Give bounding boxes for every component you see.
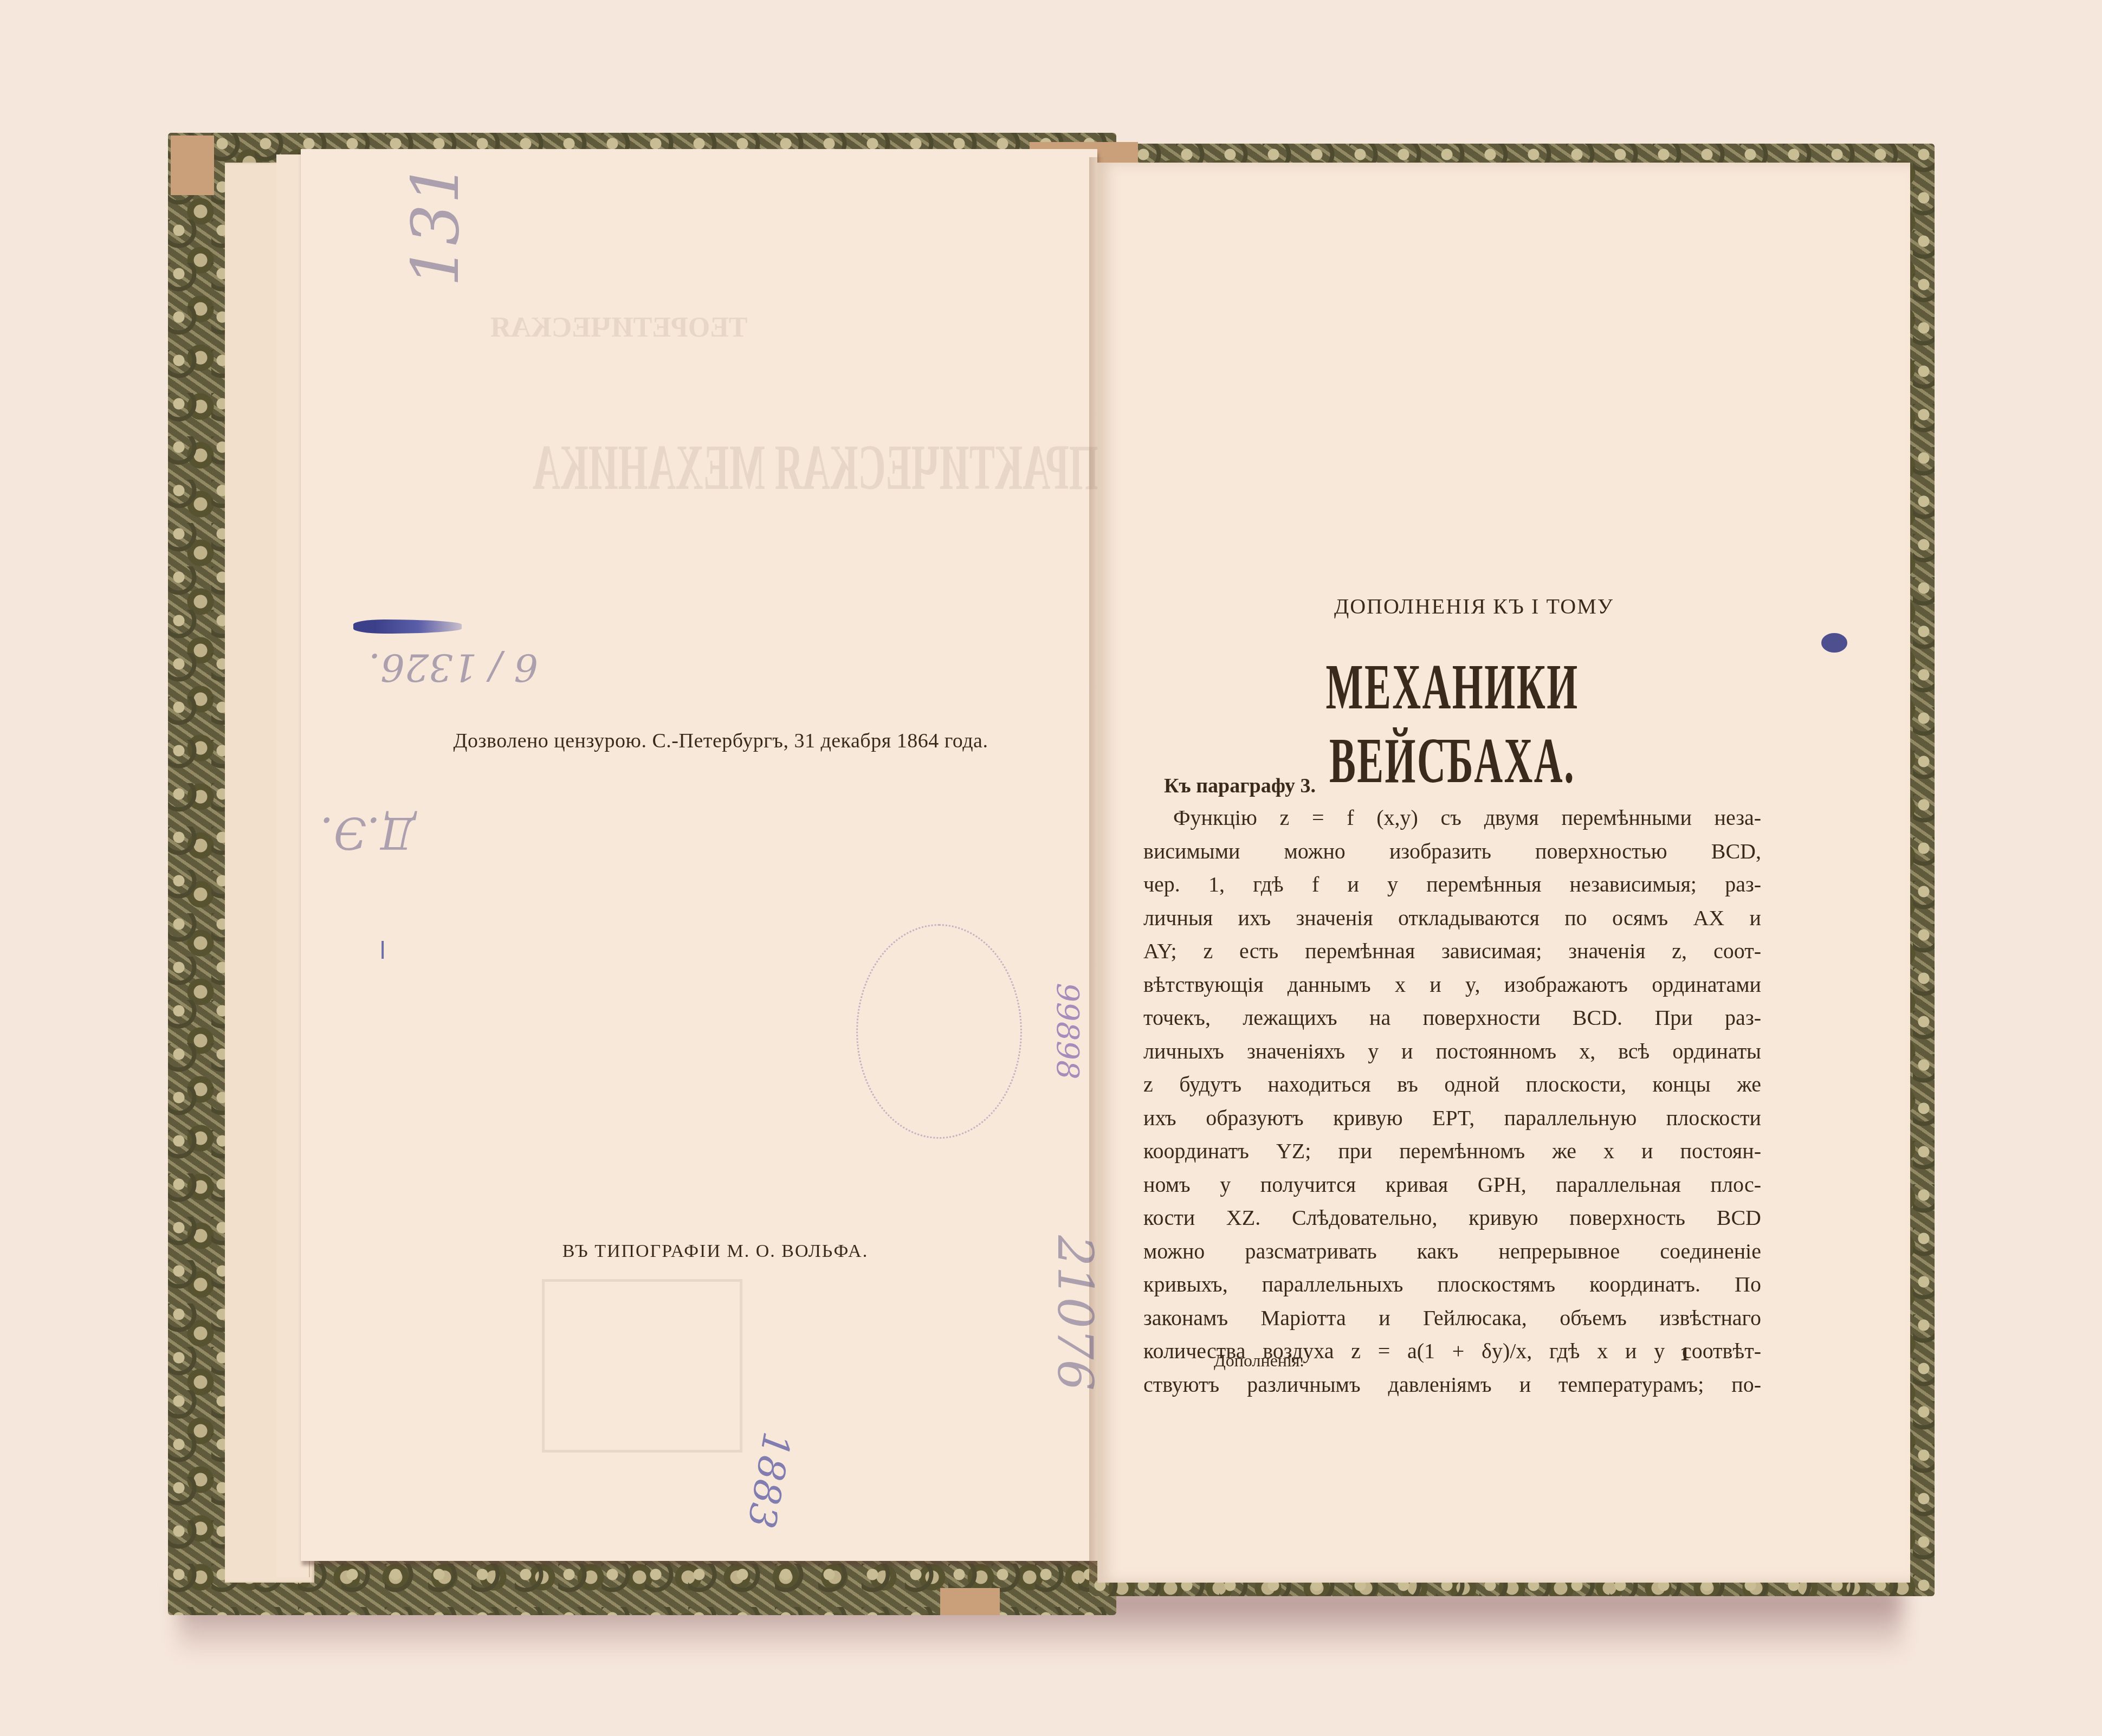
printer-line: ВЪ ТИПОГРАФІИ М. О. ВОЛЬФА. (499, 1241, 932, 1262)
torn-cover-corner (171, 135, 214, 195)
title-rule (1431, 740, 1450, 743)
side-mark: Д.Э. (320, 808, 416, 858)
body-line: личныя ихъ значенія откладываются по ося… (1143, 901, 1761, 935)
page-number: 1 (1680, 1343, 2102, 1365)
body-line: ствуютъ различнымъ давленіямъ и температ… (1143, 1368, 1761, 1402)
body-line: Функцію z = f (x,y) съ двумя перемѣнными… (1143, 801, 1761, 835)
left-page[interactable]: ТЕОРЕТИЧЕСКАЯ ПРАКТИЧЕСКАЯ МЕХАНИКА (301, 149, 1097, 1561)
faint-library-stamp (542, 1279, 742, 1453)
round-library-stamp (856, 924, 1022, 1139)
vertical-number: 21076 (1046, 1235, 1103, 1390)
body-text: Функцію z = f (x,y) съ двумя перемѣнными… (1143, 801, 1761, 1401)
body-line: ихъ образуютъ кривую EPT, параллельную п… (1143, 1101, 1761, 1135)
body-line: можно разсматривать какъ непрерывное сое… (1143, 1235, 1761, 1268)
torn-bottom-edge (940, 1588, 1000, 1615)
body-line: висимыми можно изобразить поверхностью B… (1143, 835, 1761, 868)
body-line: координатъ YZ; при перемѣнномъ же x и по… (1143, 1134, 1761, 1168)
pencil-mark-top: 131 (398, 163, 474, 287)
paragraph-heading: Къ параграфу 3. (1164, 774, 1798, 798)
supplement-heading: ДОПОЛНЕНІЯ КЪ I ТОМУ (1252, 593, 1696, 619)
body-line: AY; z есть перемѣнная зависимая; значені… (1143, 934, 1761, 968)
body-line: кривыхъ, параллельныхъ плоскостямъ коорд… (1143, 1268, 1761, 1301)
body-line: личныхъ значеніяхъ y и постоянномъ x, вс… (1143, 1035, 1761, 1068)
ink-blot-right (1821, 633, 1847, 653)
stamp-digits: 99898 (1050, 983, 1085, 1079)
body-line: вѣтствующія даннымъ x и y, изображаютъ о… (1143, 968, 1761, 1002)
body-line: z будутъ находиться въ одной плоскости, … (1143, 1068, 1761, 1101)
shelf-mark: 6 / 1326. (368, 645, 538, 689)
censorship-note: Дозволено цензурою. С.-Петербургъ, 31 де… (428, 729, 1013, 753)
show-through-line1: ТЕОРЕТИЧЕСКАЯ (490, 312, 748, 344)
show-through-line2: ПРАКТИЧЕСКАЯ МЕХАНИКА (533, 431, 1099, 505)
body-line: законамъ Маріотта и Гейлюсака, объемъ из… (1143, 1301, 1761, 1335)
ink-blot-left (353, 619, 462, 634)
body-line: точекъ, лежащихъ на поверхности BCD. При… (1143, 1001, 1761, 1035)
body-line: кости XZ. Слѣдовательно, кривую поверхно… (1143, 1201, 1761, 1235)
body-line: номъ y получится кривая GPH, параллельна… (1143, 1168, 1761, 1202)
body-line: чер. 1, гдѣ f и y перемѣнныя независимыя… (1143, 868, 1761, 901)
stamp-fragment-1: ꞁ (379, 932, 386, 960)
